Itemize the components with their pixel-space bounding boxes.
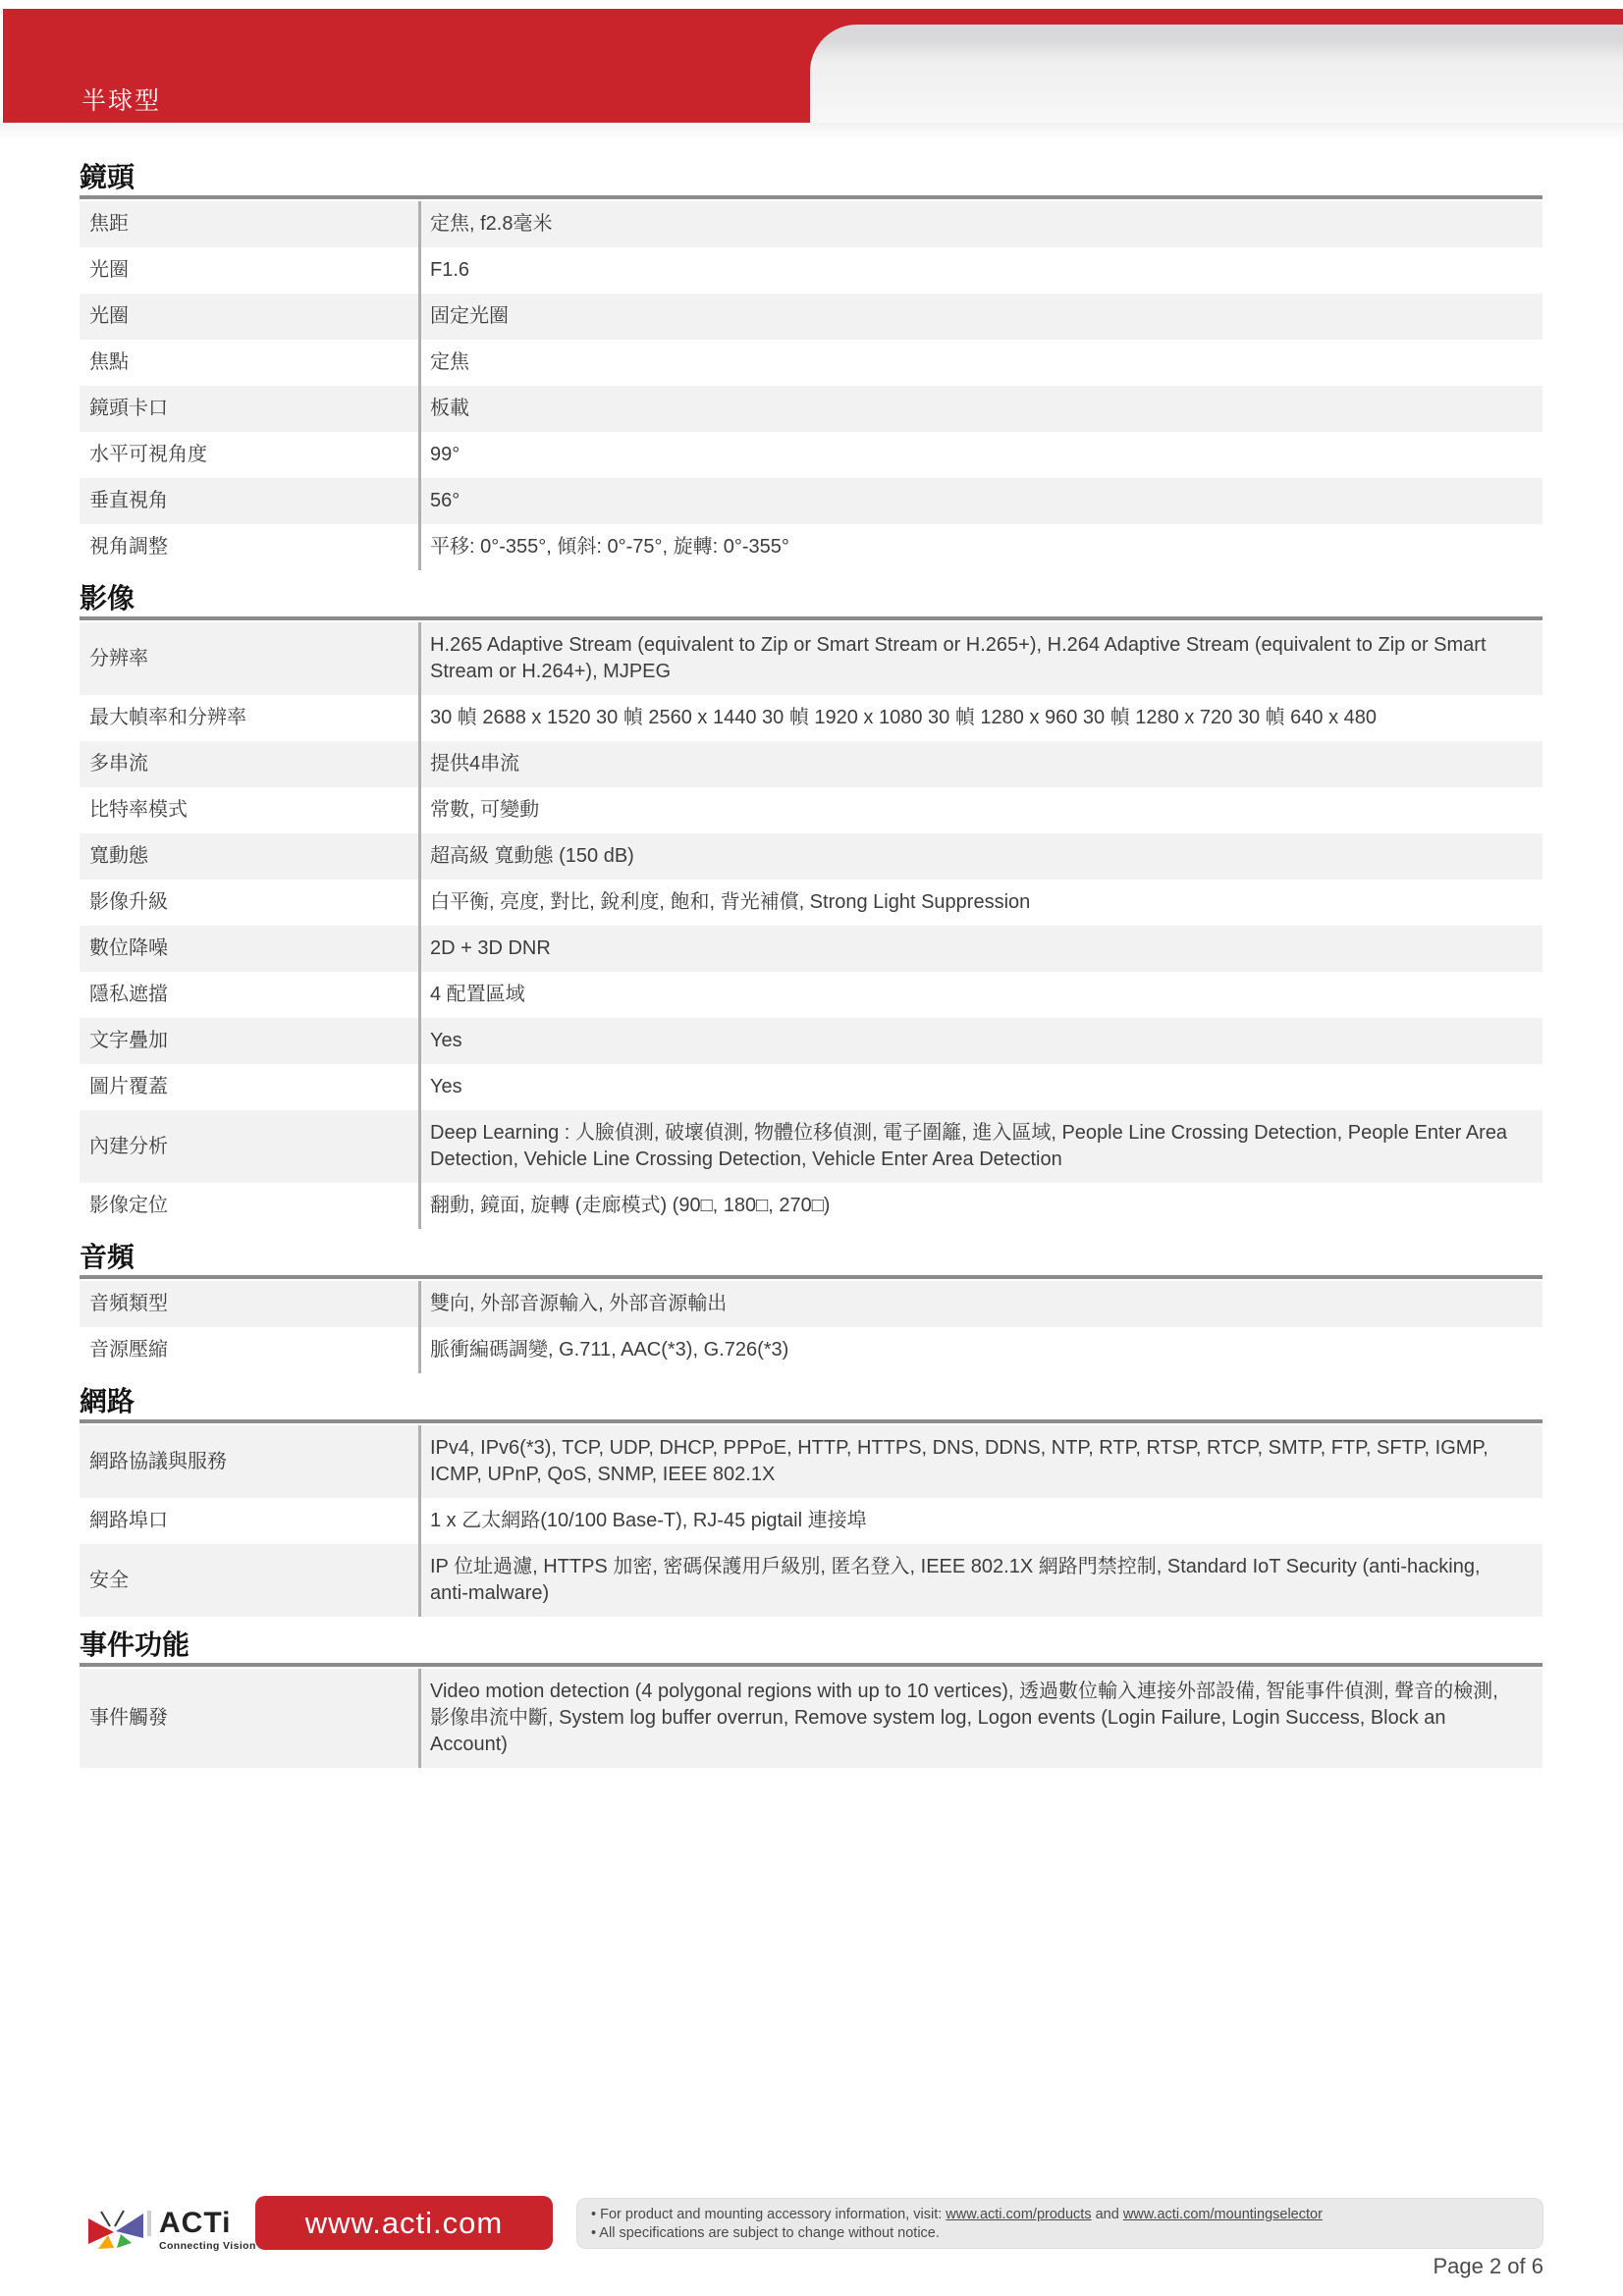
- spec-label: 數位降噪: [80, 926, 418, 972]
- spec-value: 白平衡, 亮度, 對比, 銳利度, 飽和, 背光補償, Strong Light…: [418, 880, 1542, 926]
- spec-value: Yes: [418, 1064, 1542, 1110]
- spec-row: 寬動態超高級 寬動態 (150 dB): [80, 833, 1542, 880]
- page-header: 半球型: [0, 0, 1623, 142]
- spec-label: 寬動態: [80, 833, 418, 880]
- footer-note-text: and: [1092, 2207, 1123, 2222]
- spec-label: 光圈: [80, 247, 418, 294]
- spec-table-video: 分辨率H.265 Adaptive Stream (equivalent to …: [80, 622, 1542, 1229]
- spec-value: 板載: [418, 386, 1542, 432]
- section-rule: [80, 1275, 1542, 1279]
- section-video: 影像分辨率H.265 Adaptive Stream (equivalent t…: [80, 585, 1542, 1229]
- spec-row: 多串流提供4串流: [80, 741, 1542, 787]
- spec-value: 99°: [418, 432, 1542, 478]
- footer-link[interactable]: www.acti.com/products: [946, 2207, 1091, 2222]
- spec-row: 網路埠口1 x 乙太網路(10/100 Base-T), RJ-45 pigta…: [80, 1498, 1542, 1544]
- spec-value: 定焦: [418, 340, 1542, 386]
- spec-row: 音頻類型雙向, 外部音源輸入, 外部音源輸出: [80, 1281, 1542, 1327]
- spec-value: 平移: 0°-355°, 傾斜: 0°-75°, 旋轉: 0°-355°: [418, 524, 1542, 570]
- section-rule: [80, 616, 1542, 620]
- section-network: 網路網路協議與服務IPv4, IPv6(*3), TCP, UDP, DHCP,…: [80, 1388, 1542, 1617]
- spec-label: 文字疊加: [80, 1018, 418, 1064]
- spec-label: 視角調整: [80, 524, 418, 570]
- spec-row: 內建分析Deep Learning : 人臉偵測, 破壞偵測, 物體位移偵測, …: [80, 1110, 1542, 1183]
- column-divider: [418, 1281, 421, 1373]
- spec-value: 常數, 可變動: [418, 787, 1542, 833]
- spec-label: 網路埠口: [80, 1498, 418, 1544]
- column-divider: [418, 201, 421, 570]
- spec-row: 視角調整平移: 0°-355°, 傾斜: 0°-75°, 旋轉: 0°-355°: [80, 524, 1542, 570]
- spec-label: 光圈: [80, 294, 418, 340]
- spec-row: 光圈F1.6: [80, 247, 1542, 294]
- spec-value: Video motion detection (4 polygonal regi…: [418, 1669, 1542, 1768]
- spec-label: 比特率模式: [80, 787, 418, 833]
- spec-label: 焦距: [80, 201, 418, 247]
- section-rule: [80, 1419, 1542, 1423]
- spec-label: 分辨率: [80, 622, 418, 695]
- footer-link[interactable]: www.acti.com/mountingselector: [1123, 2207, 1323, 2222]
- spec-value: Yes: [418, 1018, 1542, 1064]
- spec-table-event: 事件觸發Video motion detection (4 polygonal …: [80, 1669, 1542, 1768]
- spec-label: 內建分析: [80, 1110, 418, 1183]
- spec-value: 定焦, f2.8毫米: [418, 201, 1542, 247]
- spec-row: 網路協議與服務IPv4, IPv6(*3), TCP, UDP, DHCP, P…: [80, 1425, 1542, 1498]
- spec-label: 影像升級: [80, 880, 418, 926]
- spec-row: 影像升級白平衡, 亮度, 對比, 銳利度, 飽和, 背光補償, Strong L…: [80, 880, 1542, 926]
- spec-row: 焦點定焦: [80, 340, 1542, 386]
- spec-row: 最大幀率和分辨率30 幀 2688 x 1520 30 幀 2560 x 144…: [80, 695, 1542, 741]
- spec-row: 音源壓縮脈衝編碼調變, G.711, AAC(*3), G.726(*3): [80, 1327, 1542, 1373]
- spec-value: 超高級 寬動態 (150 dB): [418, 833, 1542, 880]
- header-tab-title: 半球型: [81, 81, 161, 117]
- header-shadow-strip: [0, 123, 1623, 140]
- spec-value: IPv4, IPv6(*3), TCP, UDP, DHCP, PPPoE, H…: [418, 1425, 1542, 1498]
- spec-row: 數位降噪2D + 3D DNR: [80, 926, 1542, 972]
- section-heading-network: 網路: [80, 1388, 1542, 1415]
- footer-note-accessories: • For product and mounting accessory inf…: [591, 2206, 1529, 2224]
- spec-value: 1 x 乙太網路(10/100 Base-T), RJ-45 pigtail 連…: [418, 1498, 1542, 1544]
- spec-table-network: 網路協議與服務IPv4, IPv6(*3), TCP, UDP, DHCP, P…: [80, 1425, 1542, 1617]
- spec-label: 網路協議與服務: [80, 1425, 418, 1498]
- spec-value: F1.6: [418, 247, 1542, 294]
- spec-value: 雙向, 外部音源輸入, 外部音源輸出: [418, 1281, 1542, 1327]
- spec-row: 光圈固定光圈: [80, 294, 1542, 340]
- spec-value: IP 位址過濾, HTTPS 加密, 密碼保護用戶級別, 匿名登入, IEEE …: [418, 1544, 1542, 1617]
- section-heading-lens: 鏡頭: [80, 164, 1542, 191]
- spec-row: 圖片覆蓋Yes: [80, 1064, 1542, 1110]
- spec-content: 鏡頭焦距定焦, f2.8毫米光圈F1.6光圈固定光圈焦點定焦鏡頭卡口板載水平可視…: [80, 164, 1542, 1768]
- website-button[interactable]: www.acti.com: [255, 2196, 553, 2250]
- spec-label: 焦點: [80, 340, 418, 386]
- section-event: 事件功能事件觸發Video motion detection (4 polygo…: [80, 1631, 1542, 1768]
- logo-wordmark: ACTi: [159, 2207, 231, 2240]
- spec-label: 多串流: [80, 741, 418, 787]
- spec-label: 水平可視角度: [80, 432, 418, 478]
- column-divider: [418, 1669, 421, 1768]
- spec-table-lens: 焦距定焦, f2.8毫米光圈F1.6光圈固定光圈焦點定焦鏡頭卡口板載水平可視角度…: [80, 201, 1542, 570]
- section-rule: [80, 195, 1542, 199]
- spec-label: 垂直視角: [80, 478, 418, 524]
- spec-label: 影像定位: [80, 1183, 418, 1229]
- spec-value: 提供4串流: [418, 741, 1542, 787]
- spec-label: 安全: [80, 1544, 418, 1617]
- footer-notes-box: • For product and mounting accessory inf…: [576, 2198, 1543, 2249]
- spec-label: 隱私遮擋: [80, 972, 418, 1018]
- spec-row: 文字疊加Yes: [80, 1018, 1542, 1064]
- spec-label: 音頻類型: [80, 1281, 418, 1327]
- logo-tagline: Connecting Vision: [159, 2240, 256, 2252]
- spec-label: 鏡頭卡口: [80, 386, 418, 432]
- spec-row: 比特率模式常數, 可變動: [80, 787, 1542, 833]
- column-divider: [418, 1425, 421, 1617]
- section-rule: [80, 1663, 1542, 1667]
- section-audio: 音頻音頻類型雙向, 外部音源輸入, 外部音源輸出音源壓縮脈衝編碼調變, G.71…: [80, 1244, 1542, 1373]
- spec-value: Deep Learning : 人臉偵測, 破壞偵測, 物體位移偵測, 電子圍籬…: [418, 1110, 1542, 1183]
- spec-value: 固定光圈: [418, 294, 1542, 340]
- spec-row: 鏡頭卡口板載: [80, 386, 1542, 432]
- spec-label: 最大幀率和分辨率: [80, 695, 418, 741]
- footer-note-disclaimer: • All specifications are subject to chan…: [591, 2224, 1529, 2243]
- spec-label: 圖片覆蓋: [80, 1064, 418, 1110]
- spec-value: 4 配置區域: [418, 972, 1542, 1018]
- spec-row: 垂直視角56°: [80, 478, 1542, 524]
- spec-value: 30 幀 2688 x 1520 30 幀 2560 x 1440 30 幀 1…: [418, 695, 1542, 741]
- spec-row: 影像定位翻動, 鏡面, 旋轉 (走廊模式) (90□, 180□, 270□): [80, 1183, 1542, 1229]
- spec-row: 隱私遮擋4 配置區域: [80, 972, 1542, 1018]
- column-divider: [418, 622, 421, 1229]
- spec-row: 安全IP 位址過濾, HTTPS 加密, 密碼保護用戶級別, 匿名登入, IEE…: [80, 1544, 1542, 1617]
- spec-row: 焦距定焦, f2.8毫米: [80, 201, 1542, 247]
- spec-value: 脈衝編碼調變, G.711, AAC(*3), G.726(*3): [418, 1327, 1542, 1373]
- acti-logo: ACTi Connecting Vision: [86, 2207, 243, 2252]
- page-number: Page 2 of 6: [1347, 2254, 1543, 2279]
- spec-row: 分辨率H.265 Adaptive Stream (equivalent to …: [80, 622, 1542, 695]
- footer-note-text: • For product and mounting accessory inf…: [591, 2207, 946, 2222]
- spec-value: 翻動, 鏡面, 旋轉 (走廊模式) (90□, 180□, 270□): [418, 1183, 1542, 1229]
- spec-row: 事件觸發Video motion detection (4 polygonal …: [80, 1669, 1542, 1768]
- spec-label: 音源壓縮: [80, 1327, 418, 1373]
- section-heading-video: 影像: [80, 585, 1542, 613]
- spec-table-audio: 音頻類型雙向, 外部音源輸入, 外部音源輸出音源壓縮脈衝編碼調變, G.711,…: [80, 1281, 1542, 1373]
- spec-label: 事件觸發: [80, 1669, 418, 1768]
- spec-row: 水平可視角度99°: [80, 432, 1542, 478]
- section-lens: 鏡頭焦距定焦, f2.8毫米光圈F1.6光圈固定光圈焦點定焦鏡頭卡口板載水平可視…: [80, 164, 1542, 570]
- spec-value: 2D + 3D DNR: [418, 926, 1542, 972]
- spec-value: 56°: [418, 478, 1542, 524]
- spec-value: H.265 Adaptive Stream (equivalent to Zip…: [418, 622, 1542, 695]
- section-heading-event: 事件功能: [80, 1631, 1542, 1659]
- acti-butterfly-icon: [86, 2207, 145, 2252]
- logo-divider: [147, 2211, 151, 2236]
- section-heading-audio: 音頻: [80, 1244, 1542, 1271]
